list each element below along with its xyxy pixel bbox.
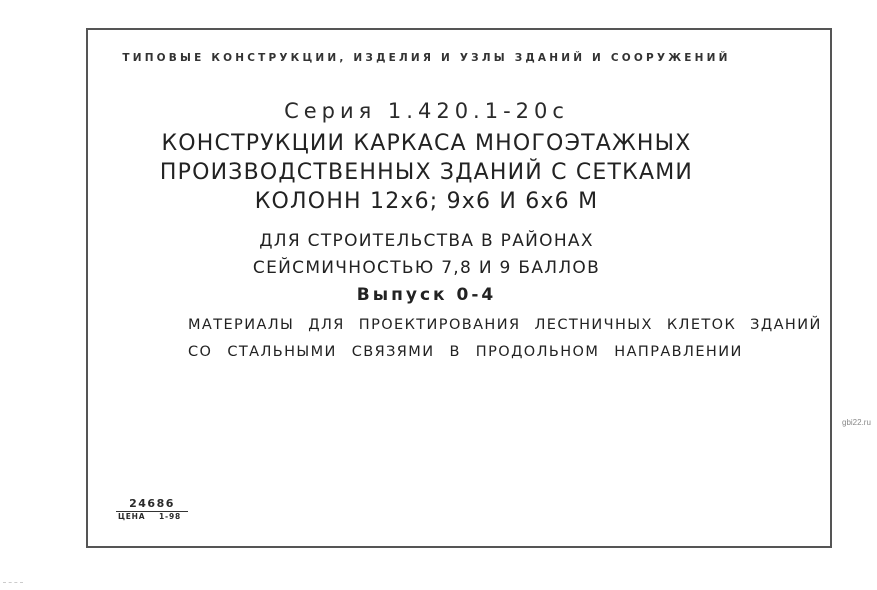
inventory-stamp: 24686 ЦЕНА 1-98: [116, 497, 188, 521]
title-line-1: КОНСТРУКЦИИ КАРКАСА МНОГОЭТАЖНЫХ: [0, 131, 865, 156]
inventory-number: 24686: [116, 497, 188, 512]
title-line-3: КОЛОНН 12х6; 9х6 И 6х6 М: [0, 189, 865, 214]
price-value: 1-98: [159, 512, 181, 521]
price: ЦЕНА 1-98: [116, 512, 188, 521]
watermark: gbi22.ru: [842, 418, 871, 427]
issue-number: Выпуск 0-4: [0, 285, 865, 305]
subtitle-line-2: СЕЙСМИЧНОСТЬЮ 7,8 И 9 БАЛЛОВ: [0, 258, 865, 278]
description-line-2: СО СТАЛЬНЫМИ СВЯЗЯМИ В ПРОДОЛЬНОМ НАПРАВ…: [188, 344, 743, 360]
series-number: Серия 1.420.1-20с: [0, 99, 865, 123]
price-label: ЦЕНА: [118, 512, 145, 521]
scan-artifact: [3, 582, 23, 584]
description-line-1: МАТЕРИАЛЫ ДЛЯ ПРОЕКТИРОВАНИЯ ЛЕСТНИЧНЫХ …: [188, 317, 822, 333]
title-line-2: ПРОИЗВОДСТВЕННЫХ ЗДАНИЙ С СЕТКАМИ: [0, 160, 865, 185]
header-line: ТИПОВЫЕ КОНСТРУКЦИИ, ИЗДЕЛИЯ И УЗЛЫ ЗДАН…: [0, 52, 865, 64]
subtitle-line-1: ДЛЯ СТРОИТЕЛЬСТВА В РАЙОНАХ: [0, 231, 865, 251]
